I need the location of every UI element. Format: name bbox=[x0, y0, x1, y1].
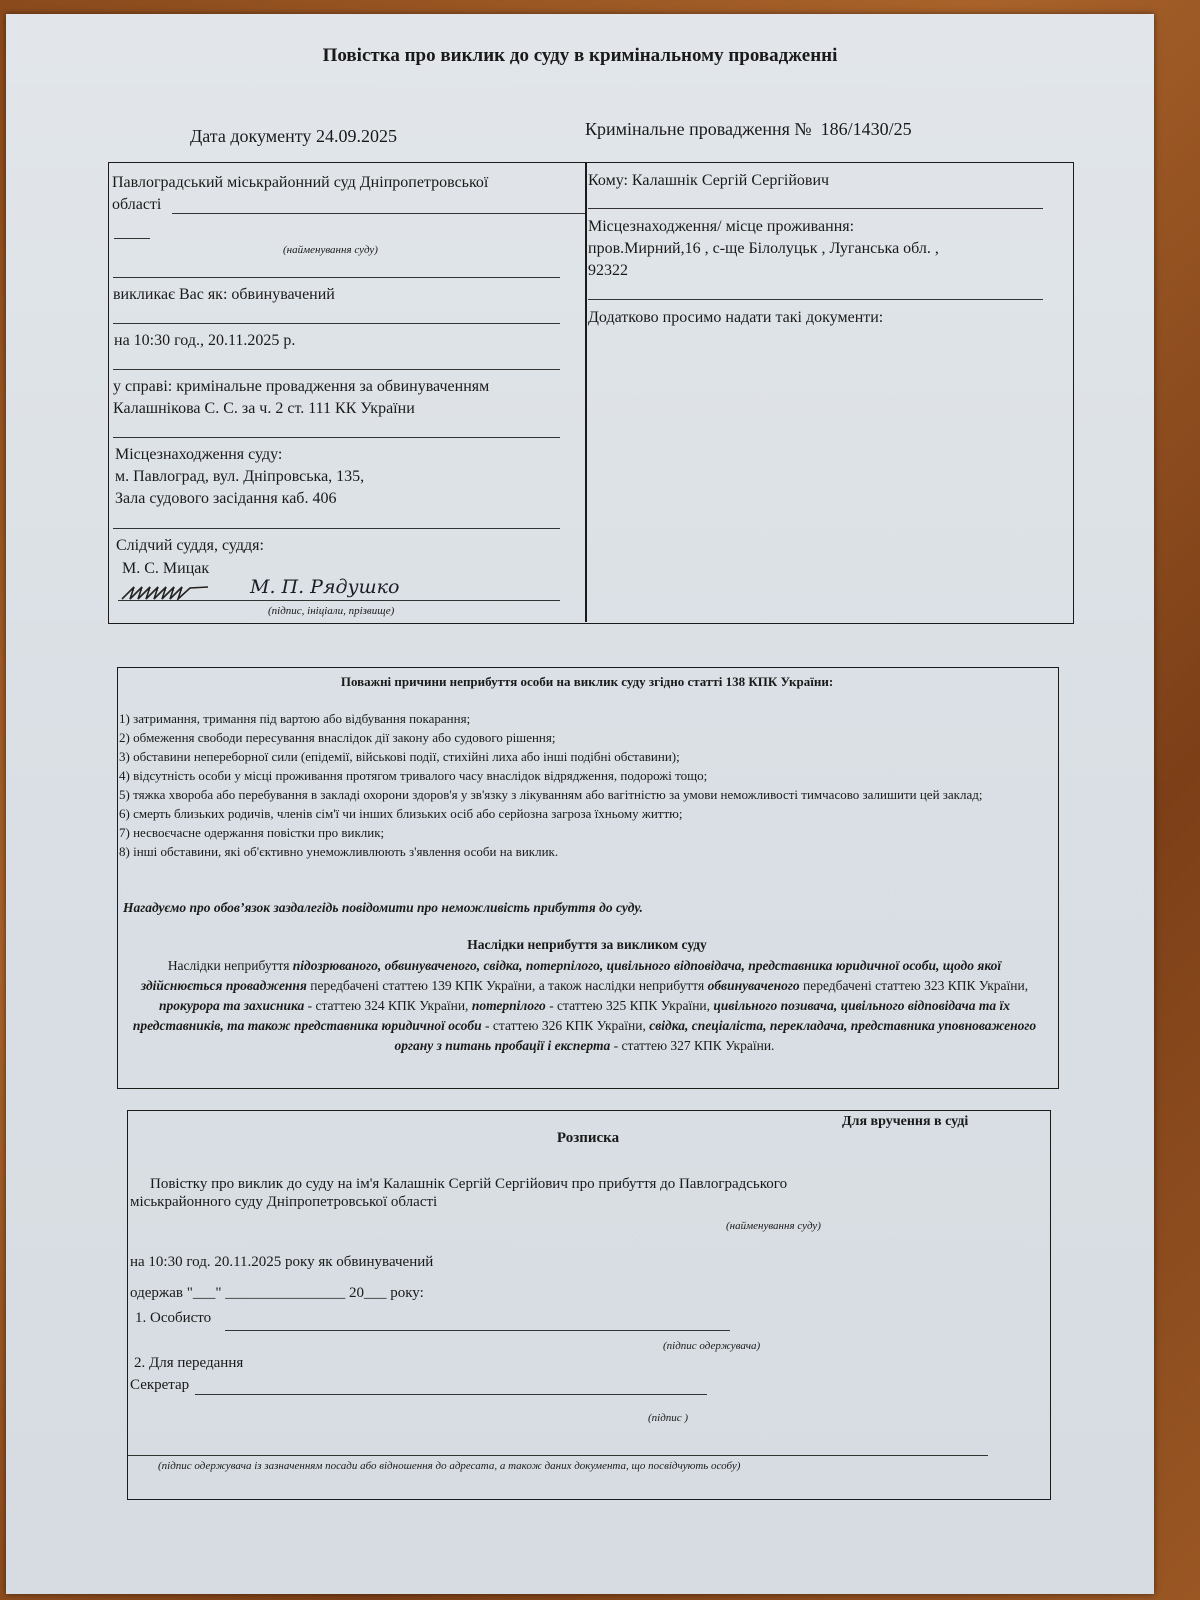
for-transfer-label: 2. Для передання bbox=[134, 1355, 243, 1372]
signature-handwritten: М. П. Рядушко bbox=[250, 576, 399, 598]
divider bbox=[113, 277, 560, 278]
personally-signature-line[interactable] bbox=[225, 1330, 730, 1331]
receipt-datetime: на 10:30 год. 20.11.2025 року як обвинув… bbox=[130, 1254, 433, 1271]
divider bbox=[113, 528, 560, 529]
case-line1: у справі: кримінальне провадження за обв… bbox=[113, 376, 489, 398]
case-label: Кримінальне провадження № bbox=[585, 119, 812, 139]
document-date: Дата документу 24.09.2025 bbox=[190, 126, 397, 147]
court-name: Павлоградський міськрайонний суд Дніпроп… bbox=[112, 172, 488, 216]
receipt-line1: Повістку про виклик до суду на ім'я Кала… bbox=[150, 1176, 787, 1193]
reason-item: 4) відсутність особи у місці проживання … bbox=[119, 766, 1019, 785]
court-name-caption: (найменування суду) bbox=[283, 244, 378, 256]
case-number-value: 186/1430/25 bbox=[821, 119, 912, 139]
recipient-address: Місцезнаходження/ місце проживання: пров… bbox=[588, 216, 939, 282]
receipt-title: Розписка bbox=[127, 1130, 1049, 1147]
received-date-field[interactable]: одержав "___" ________________ 20___ рок… bbox=[130, 1285, 424, 1302]
case-number: Кримінальне провадження № 186/1430/25 bbox=[585, 119, 912, 140]
reason-item: 6) смерть близьких родичів, членів сім'ї… bbox=[119, 804, 1019, 823]
court-name-underline bbox=[172, 213, 585, 214]
consequence-text: - статтею 326 КПК України, bbox=[482, 1018, 650, 1033]
reason-item: 1) затримання, тримання під вартою або в… bbox=[119, 709, 1019, 728]
secretary-signature-line[interactable] bbox=[195, 1394, 707, 1395]
consequences-text: Наслідки неприбуття підозрюваного, обвин… bbox=[127, 956, 1042, 1056]
consequences-title: Наслідки неприбуття за викликом суду bbox=[117, 937, 1057, 953]
consequence-text: передбачені статтею 323 КПК України, bbox=[800, 978, 1028, 993]
receipt-line2: міськрайонного суду Дніпропетровської об… bbox=[130, 1194, 437, 1211]
address-line2: 92322 bbox=[588, 260, 939, 282]
date-label: Дата документу bbox=[190, 126, 311, 146]
footer-caption: (підпис одержувача із зазначенням посади… bbox=[158, 1460, 740, 1472]
case-description: у справі: кримінальне провадження за обв… bbox=[113, 376, 489, 420]
signature-scribble bbox=[120, 583, 210, 601]
consequence-text: - статтею 325 КПК України, bbox=[546, 998, 714, 1013]
secretary-sign-caption: (підпис ) bbox=[648, 1412, 688, 1424]
reason-item: 2) обмеження свободи пересування внаслід… bbox=[119, 728, 1019, 747]
court-location-line2: Зала судового засідання каб. 406 bbox=[115, 488, 364, 510]
court-name-line1: Павлоградський міськрайонний суд Дніпроп… bbox=[112, 172, 488, 194]
reasons-list: 1) затримання, тримання під вартою або в… bbox=[119, 709, 1019, 861]
summons-as: викликає Вас як: обвинувачений bbox=[113, 284, 335, 306]
recipient: Кому: Калашнік Сергій Сергійович bbox=[588, 170, 829, 192]
judge-name: М. С. Мицак bbox=[122, 558, 209, 580]
consequence-emphasis: обвинуваченого bbox=[708, 978, 800, 993]
reason-item: 5) тяжка хвороба або перебування в закла… bbox=[119, 785, 1019, 804]
additional-documents-label: Додатково просимо надати такі документи: bbox=[588, 307, 883, 329]
divider bbox=[113, 323, 560, 324]
reason-item: 7) несвоєчасне одержання повістки про ви… bbox=[119, 823, 1019, 842]
for-court-label: Для вручення в суді bbox=[842, 1114, 968, 1130]
column-divider bbox=[585, 162, 587, 622]
court-location-line1: м. Павлоград, вул. Дніпровська, 135, bbox=[115, 466, 364, 488]
court-location-label: Місцезнаходження суду: bbox=[115, 444, 364, 466]
reasons-title: Поважні причини неприбуття особи на викл… bbox=[117, 674, 1057, 690]
consequence-text: - статтею 327 КПК України. bbox=[610, 1038, 774, 1053]
divider bbox=[588, 208, 1043, 209]
case-line2: Калашнікова С. С. за ч. 2 ст. 111 КК Укр… bbox=[113, 398, 489, 420]
reason-item: 3) обставини непереборної сили (епідемії… bbox=[119, 747, 1019, 766]
consequence-text: - статтею 324 КПК України, bbox=[304, 998, 472, 1013]
signature-line bbox=[118, 600, 560, 601]
divider bbox=[113, 437, 560, 438]
consequence-emphasis: прокурора та захисника bbox=[159, 998, 304, 1013]
divider bbox=[113, 369, 560, 370]
hearing-datetime: на 10:30 год., 20.11.2025 р. bbox=[114, 330, 295, 352]
date-value: 24.09.2025 bbox=[316, 126, 397, 146]
divider bbox=[588, 299, 1043, 300]
recipient-sign-caption: (підпис одержувача) bbox=[663, 1340, 760, 1352]
document-title: Повістка про виклик до суду в кримінальн… bbox=[0, 45, 1160, 67]
personally-label: 1. Особисто bbox=[135, 1310, 211, 1327]
consequence-text: Наслідки неприбуття bbox=[168, 958, 293, 973]
reminder-note: Нагадуємо про обов’язок заздалегідь пові… bbox=[123, 900, 643, 916]
signature-caption: (підпис, ініціали, прізвище) bbox=[268, 605, 394, 617]
court-name-underline-2 bbox=[114, 238, 150, 239]
receipt-box bbox=[127, 1110, 1051, 1500]
footer-signature-line[interactable] bbox=[128, 1455, 988, 1456]
receipt-court-caption: (найменування суду) bbox=[726, 1220, 821, 1232]
consequence-emphasis: потерпілого bbox=[472, 998, 546, 1013]
address-line1: пров.Мирний,16 , с-ще Білолуцьк , Луганс… bbox=[588, 238, 939, 260]
consequence-text: передбачені статтею 139 КПК України, а т… bbox=[307, 978, 708, 993]
reason-item: 8) інші обставини, які об'єктивно унемож… bbox=[119, 842, 1019, 861]
court-location: Місцезнаходження суду: м. Павлоград, вул… bbox=[115, 444, 364, 510]
secretary-label: Секретар bbox=[130, 1377, 189, 1394]
address-label: Місцезнаходження/ місце проживання: bbox=[588, 216, 939, 238]
judge-label: Слідчий суддя, суддя: bbox=[116, 535, 264, 557]
